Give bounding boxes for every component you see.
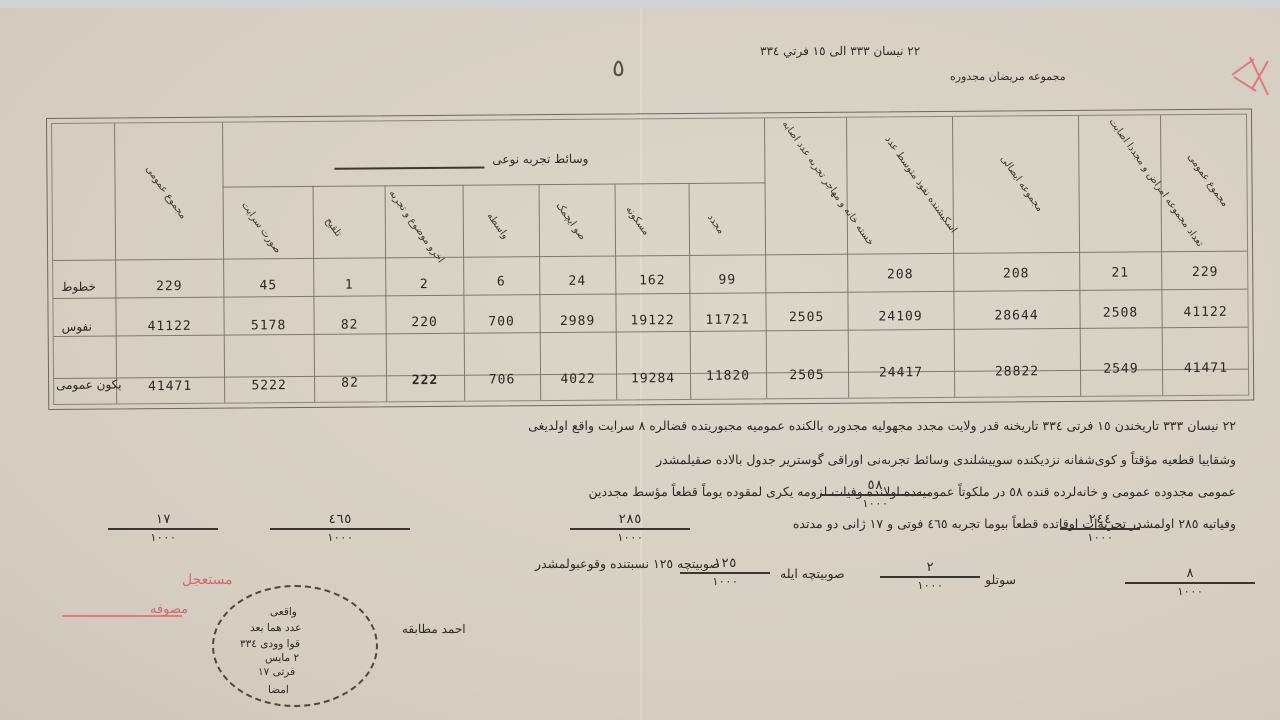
signature: احمد مطابقه (402, 622, 466, 636)
table-cell: 24 (539, 274, 615, 290)
table-cell: 41471 (116, 379, 224, 395)
column-header: مجموعه ایصالی (998, 154, 1045, 214)
body-line-4: وفیاتیه ٢٨٥ اولمشدر تجربه‌ات اوقاتده قطع… (793, 516, 1236, 531)
table-cell: 41122 (116, 319, 224, 335)
table-cell: 41471 (1162, 361, 1250, 377)
col-line (385, 185, 388, 401)
table-cell (765, 272, 847, 273)
fraction-label: صوبیتچه ایله (780, 566, 845, 581)
table-cell: 45 (223, 278, 313, 294)
table-cell: 11820 (690, 368, 766, 384)
table-cell: 99 (689, 272, 765, 288)
col-line (1160, 115, 1163, 395)
fraction: ١٢٥١٠٠٠ (680, 556, 770, 588)
col-line (539, 184, 542, 400)
table-cell: 19122 (616, 313, 690, 329)
col-line (463, 185, 466, 401)
table-inner-border: وسائط تجربه نوعی مجموع عمومی تعداد مجموع… (51, 114, 1249, 405)
red-arrow-icon (62, 609, 212, 623)
fraction: ٨١٠٠٠ (1125, 566, 1255, 598)
fraction: ٢٨٥١٠٠٠ (570, 512, 690, 544)
table-cell: 28644 (954, 308, 1080, 324)
col-line (313, 186, 316, 402)
col-line (1078, 116, 1081, 396)
row-label: خطوط (61, 280, 96, 294)
column-header: خسته خانه و مهاجر تجربه عدد اصابه (780, 119, 876, 248)
stamp-line: امضا (268, 684, 289, 696)
header-date-line: ٢٢ نيسان ٣٣٣ الى ١٥ فرتي ٣٣٤ (760, 44, 920, 58)
body-line-1: ٢٢ نیسان ٣٣٣ تاریخندن ١٥ فرتی ٣٣٤ تاریخن… (528, 418, 1236, 433)
table-cell: 2 (385, 277, 463, 293)
table-cell: 6 (463, 274, 539, 290)
column-header: صورت سرایت (239, 200, 283, 256)
fraction-label: سوتلو (985, 572, 1016, 587)
stamp-line: عدد هما بعد (250, 622, 301, 634)
col-line (952, 117, 955, 397)
table-cell: 4022 (540, 372, 616, 388)
table-cell: 1 (313, 277, 385, 293)
column-header: صو ایچمک (554, 200, 588, 242)
column-header: تلقیح (323, 216, 344, 239)
table-cell: 2505 (766, 310, 848, 326)
table-cell: 82 (314, 375, 386, 391)
header-divider (53, 251, 1247, 261)
table-cell: 21 (1079, 265, 1161, 281)
column-header: اخرو موضوع و تجربه (387, 188, 446, 265)
col-line (689, 183, 692, 399)
col-line (764, 118, 767, 398)
group-subheader-line (223, 182, 765, 187)
column-header: مجدد (705, 212, 726, 236)
page-mark: ٥ (612, 54, 625, 82)
table-cell: 208 (953, 266, 1079, 282)
statistics-table: وسائط تجربه نوعی مجموع عمومی تعداد مجموع… (46, 109, 1254, 410)
fraction: ٢٤٤١٠٠٠ (1060, 512, 1140, 544)
fraction: ٥٨١٠٠٠ (820, 478, 930, 510)
column-header: تعداد مجموعه امراض و مجددا اصابت (1107, 117, 1206, 249)
stamp-line: قوا وودی ٣٣٤ (240, 638, 300, 650)
table-cell: 19284 (616, 371, 690, 387)
group-header-underline (334, 167, 484, 170)
table-cell: 162 (615, 273, 689, 289)
table-cell: 82 (314, 317, 386, 333)
fraction: ٢١٠٠٠ (880, 560, 980, 592)
table-cell: 24417 (848, 365, 954, 381)
stamp-line: واقعی (270, 606, 297, 618)
stamp-line: ٢ مایس (265, 652, 299, 664)
table-cell: 208 (847, 267, 953, 283)
table-cell: 24109 (848, 309, 954, 325)
column-header: مسکونه (623, 204, 651, 237)
body-line-2: وشقاییا قطعیه مؤقتاً و کوی‌شفانه نزدیکند… (656, 452, 1236, 467)
table-cell: 2508 (1080, 305, 1162, 321)
fraction: ٤٦٥١٠٠٠ (270, 512, 410, 544)
table-cell: 11721 (690, 312, 766, 328)
table-cell: 222 (386, 373, 464, 389)
table-cell: 2989 (540, 314, 616, 330)
red-cross-mark-icon (1228, 55, 1274, 97)
table-cell: 229 (1161, 265, 1249, 281)
header-subtitle: مجموعه مريضان مجدوره (950, 70, 1066, 83)
red-annotation-urgent: مستعجل (182, 572, 233, 588)
table-cell: 706 (464, 372, 540, 388)
col-line (846, 118, 849, 398)
table-cell: 5222 (224, 378, 314, 394)
column-header: مجموع عمومی (143, 164, 188, 221)
table-cell: 2505 (766, 368, 848, 384)
table-cell: 2549 (1080, 361, 1162, 377)
red-annotation-note: مصوفه (150, 602, 188, 617)
table-cell: 5178 (224, 318, 314, 334)
row-label: یکون عمومی (56, 377, 122, 392)
row-label: نفوس (62, 320, 92, 334)
col-line (615, 184, 618, 400)
column-header: اسکیشنده نفوذ متوسط عدد (882, 134, 958, 235)
group-header-title: وسائط تجربه نوعی (492, 152, 588, 167)
table-cell: 229 (115, 279, 223, 295)
stamp-line: فرتی ١٧ (258, 666, 295, 678)
table-cell: 700 (464, 314, 540, 330)
col-line (114, 123, 117, 403)
column-header: واسطه (485, 211, 511, 241)
col-line (222, 123, 225, 403)
fraction: ١٧١٠٠٠ (108, 512, 218, 544)
table-cell: 28822 (954, 364, 1080, 380)
table-cell: 41122 (1162, 305, 1250, 321)
column-header: مجموع عمومی (1185, 152, 1230, 209)
table-cell: 220 (386, 315, 464, 331)
